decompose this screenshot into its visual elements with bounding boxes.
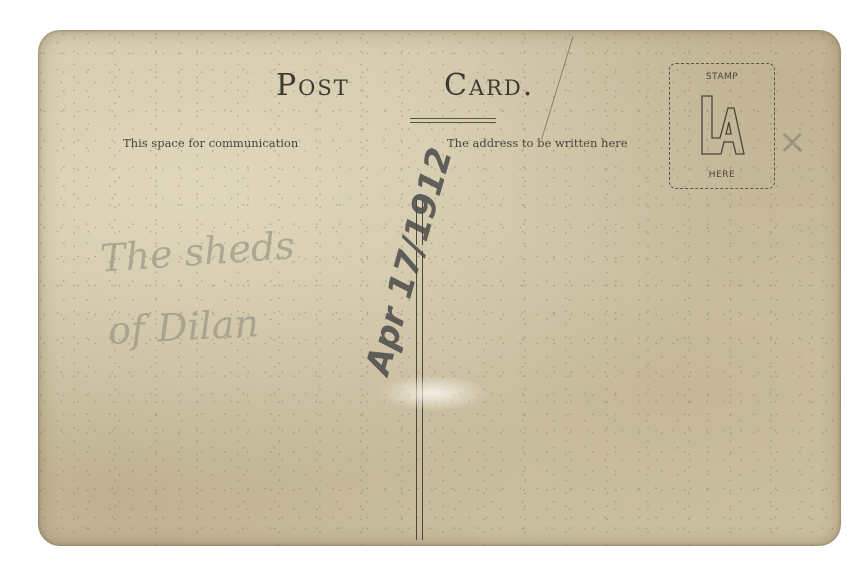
title-card: Card. — [444, 68, 534, 103]
smudge-mark — [378, 375, 488, 411]
communication-label: This space for communication — [123, 136, 298, 150]
title-rule — [410, 118, 496, 119]
x-mark-icon: × — [778, 122, 807, 162]
stamp-box: STAMP HERE — [669, 63, 775, 189]
address-label: The address to be written here — [447, 136, 628, 150]
postcard-back: Post Card. This space for communication … — [38, 30, 841, 546]
pencil-note-line-2: of Dilan — [107, 301, 260, 353]
title-post: Post — [276, 68, 350, 103]
title-rule-2 — [410, 122, 496, 123]
stamp-label-top: STAMP — [670, 72, 774, 82]
stamp-label-bottom: HERE — [670, 170, 774, 180]
la-logo-icon — [698, 92, 748, 162]
